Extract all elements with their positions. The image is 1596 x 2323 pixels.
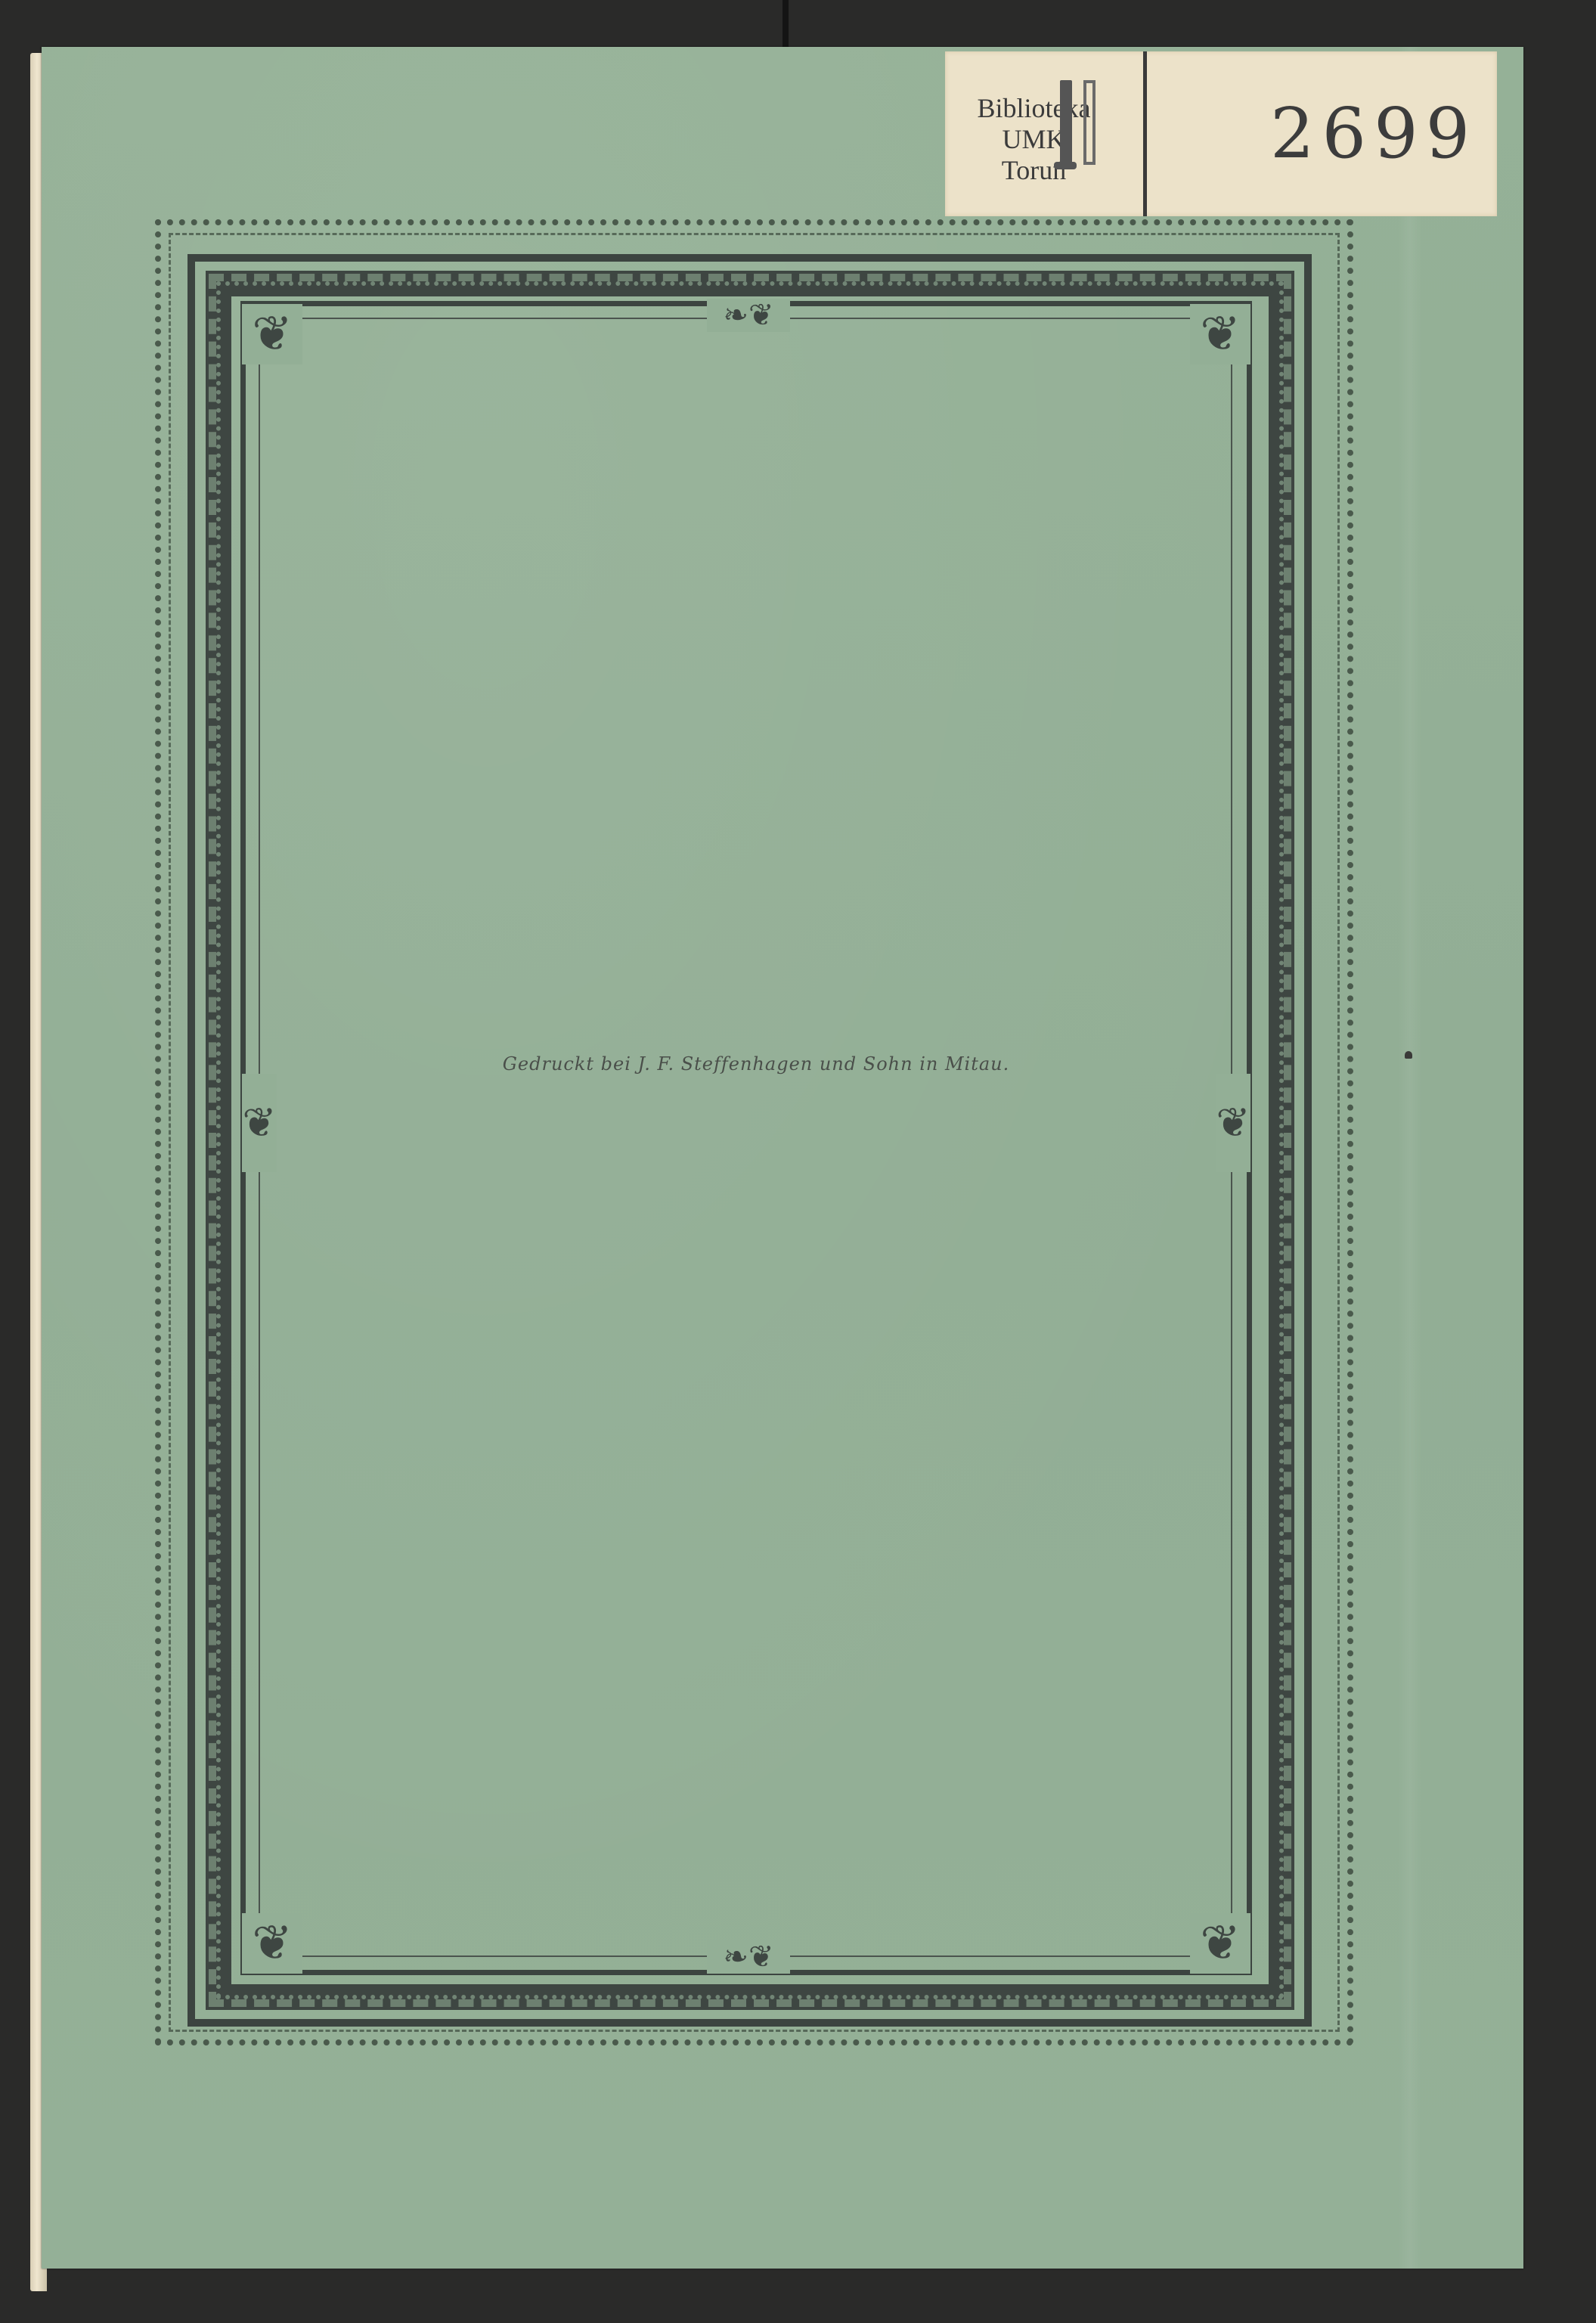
call-number: 2699 bbox=[1270, 93, 1477, 174]
cover-fold-shadow bbox=[1399, 47, 1421, 2269]
library-label: Biblioteka UMK Toruń 2699 bbox=[945, 51, 1497, 216]
corner-ornament-top-left-icon: ❦ bbox=[242, 304, 302, 364]
shelf-mark-bar-2 bbox=[1083, 80, 1096, 165]
corner-ornament-bottom-left-icon: ❦ bbox=[242, 1913, 302, 1974]
printer-imprint: Gedruckt bei J. F. Steffenhagen und Sohn… bbox=[454, 1053, 1058, 1075]
corner-ornament-top-right-icon: ❦ bbox=[1190, 304, 1250, 364]
shelf-mark-roman-two bbox=[1060, 80, 1139, 171]
label-divider bbox=[1143, 51, 1147, 216]
right-middle-ornament-icon: ❦ bbox=[1216, 1074, 1250, 1172]
paper-speck bbox=[1405, 1051, 1412, 1059]
bottom-center-ornament-icon: ❧❦ bbox=[707, 1940, 790, 1974]
innermost-thin-rule bbox=[259, 318, 1232, 1957]
corner-ornament-bottom-right-icon: ❦ bbox=[1190, 1913, 1250, 1974]
top-center-ornament-icon: ❧❦ bbox=[707, 299, 790, 332]
shelf-mark-bar-1 bbox=[1060, 80, 1072, 168]
left-middle-ornament-icon: ❦ bbox=[242, 1074, 277, 1172]
scanner-seam bbox=[783, 0, 789, 47]
